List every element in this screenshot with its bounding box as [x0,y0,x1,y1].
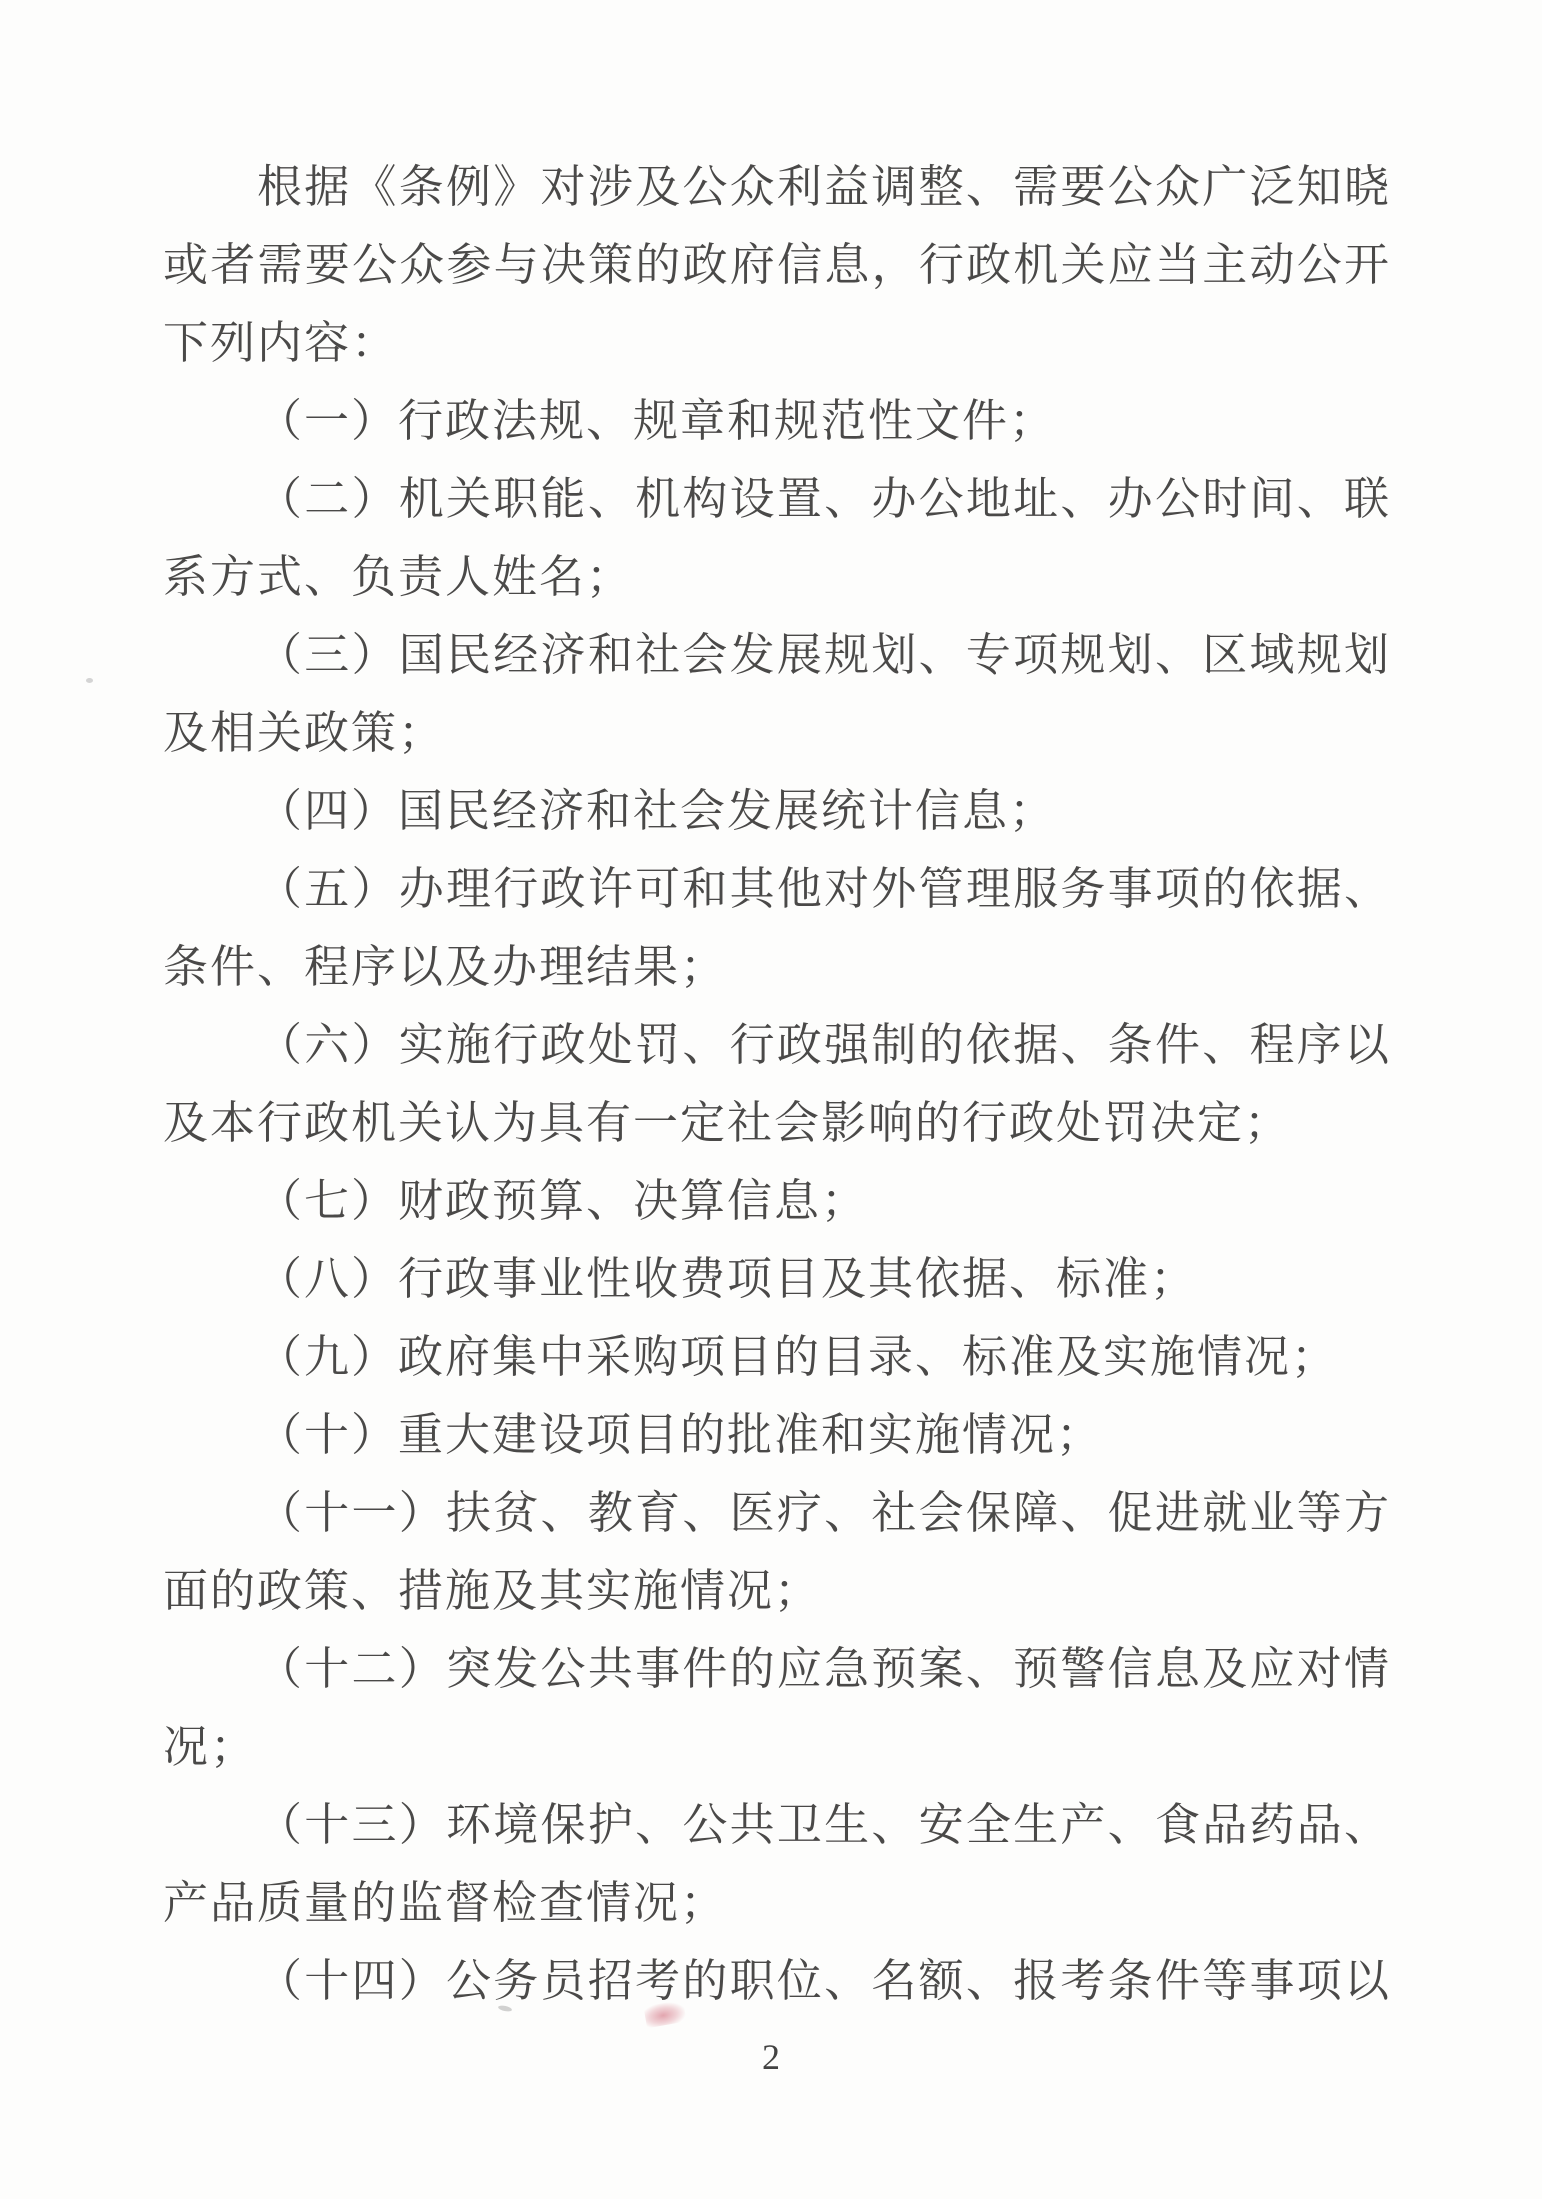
text-line: （三）国民经济和社会发展规划、专项规划、区域规划 [163,616,1391,694]
text-line: 面的政策、措施及其实施情况； [163,1552,1391,1630]
text-line: （八）行政事业性收费项目及其依据、标准； [163,1240,1391,1318]
text-line: （一）行政法规、规章和规范性文件； [163,382,1391,460]
text-line: 下列内容： [163,304,1391,382]
text-line: 产品质量的监督检查情况； [163,1864,1391,1942]
page-number: 2 [0,2036,1542,2078]
scan-dot-margin [86,678,93,683]
text-line: 及相关政策； [163,694,1391,772]
text-line: 况； [163,1708,1391,1786]
text-line: （十二）突发公共事件的应急预案、预警信息及应对情 [163,1630,1391,1708]
text-line: （十三）环境保护、公共卫生、安全生产、食品药品、 [163,1786,1391,1864]
document-page: 根据《条例》对涉及公众利益调整、需要公众广泛知晓 或者需要公众参与决策的政府信息… [0,0,1542,2199]
text-line: 条件、程序以及办理结果； [163,928,1391,1006]
text-line: （十一）扶贫、教育、医疗、社会保障、促进就业等方 [163,1474,1391,1552]
text-line: （六）实施行政处罚、行政强制的依据、条件、程序以 [163,1006,1391,1084]
text-line: （七）财政预算、决算信息； [163,1162,1391,1240]
text-line: 或者需要公众参与决策的政府信息，行政机关应当主动公开 [163,226,1391,304]
document-body: 根据《条例》对涉及公众利益调整、需要公众广泛知晓 或者需要公众参与决策的政府信息… [163,148,1391,2020]
text-line: （五）办理行政许可和其他对外管理服务事项的依据、 [163,850,1391,928]
text-line: （九）政府集中采购项目的目录、标准及实施情况； [163,1318,1391,1396]
text-line: 根据《条例》对涉及公众利益调整、需要公众广泛知晓 [163,148,1391,226]
text-line: （四）国民经济和社会发展统计信息； [163,772,1391,850]
text-line: （十四）公务员招考的职位、名额、报考条件等事项以 [163,1942,1391,2020]
text-line: 及本行政机关认为具有一定社会影响的行政处罚决定； [163,1084,1391,1162]
text-line: （十）重大建设项目的批准和实施情况； [163,1396,1391,1474]
text-line: 系方式、负责人姓名； [163,538,1391,616]
text-line: （二）机关职能、机构设置、办公地址、办公时间、联 [163,460,1391,538]
